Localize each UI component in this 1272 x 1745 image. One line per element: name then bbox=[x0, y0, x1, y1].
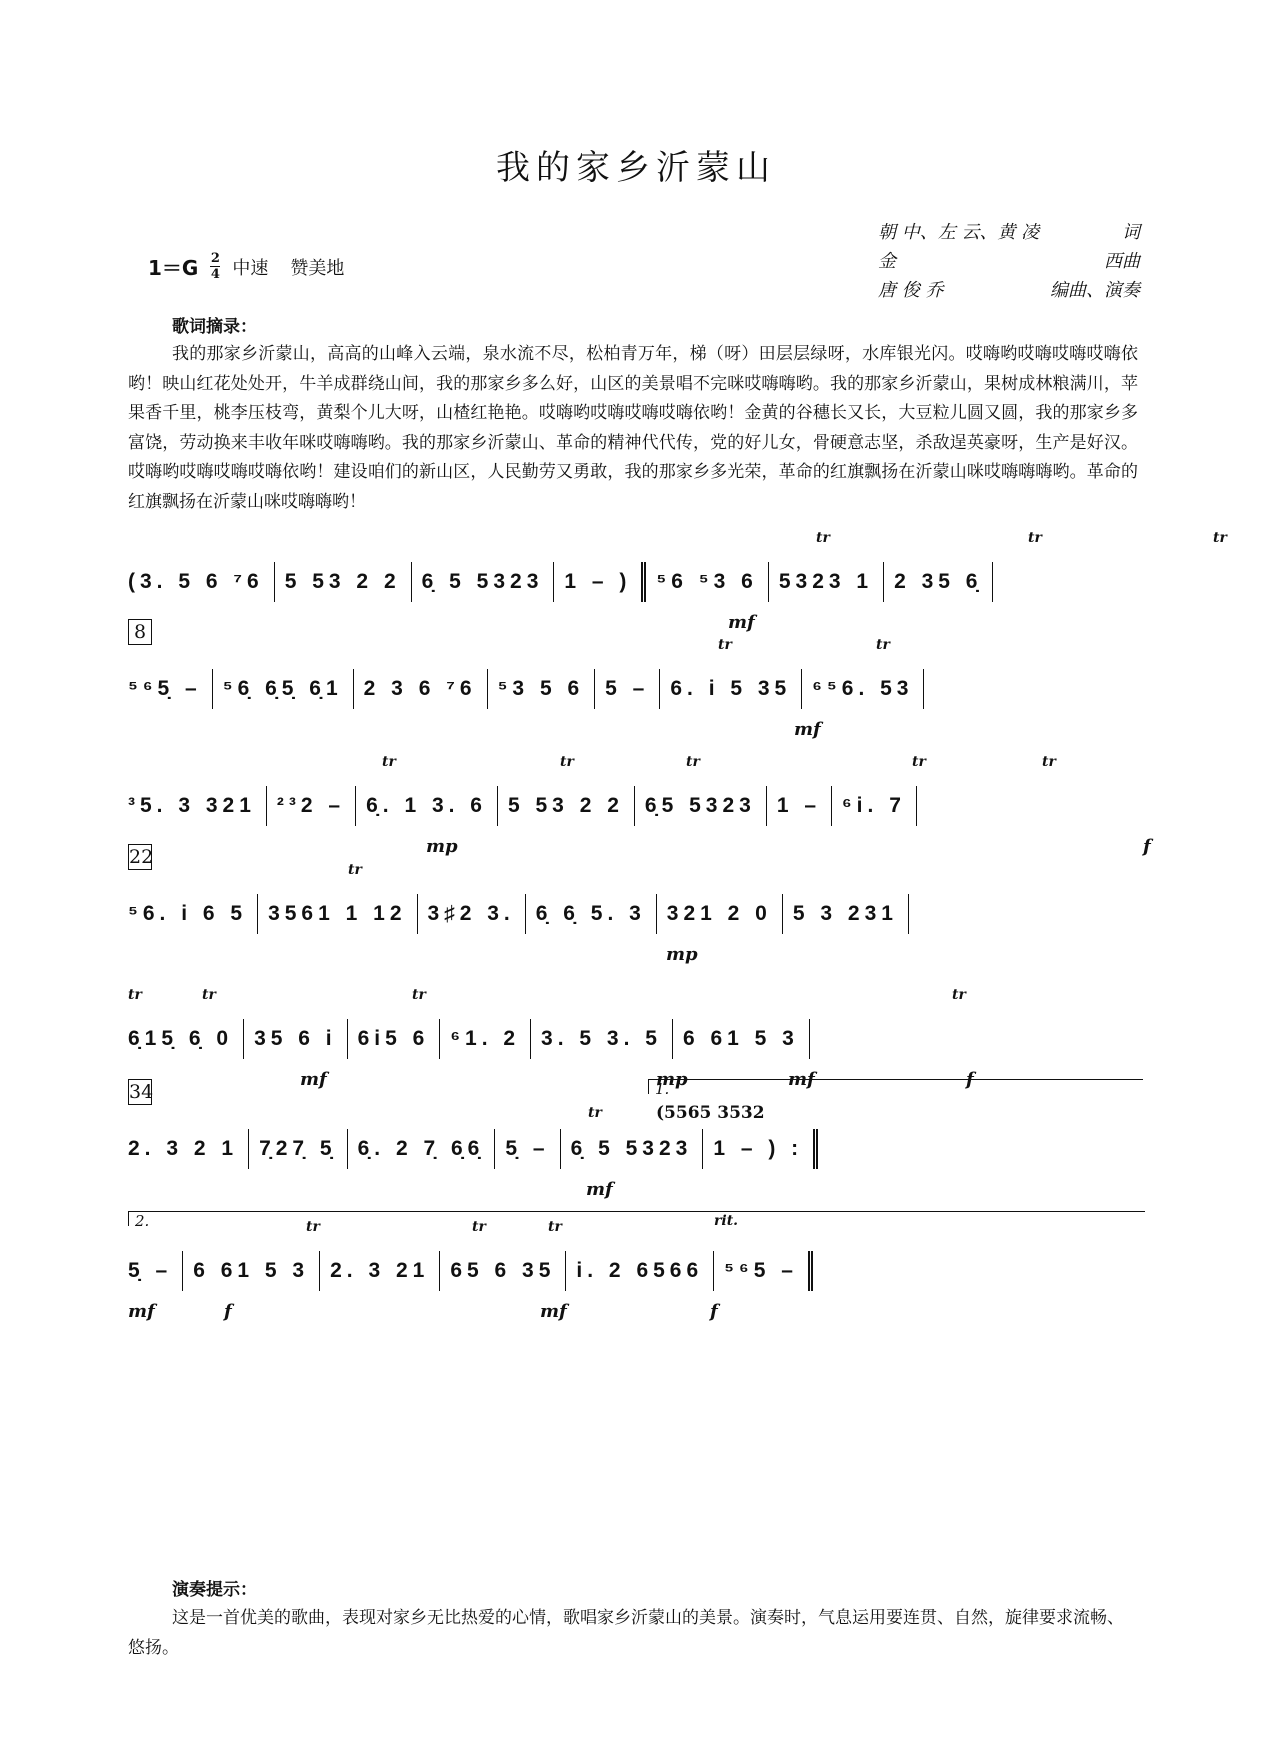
measure: 5̣ – bbox=[495, 1129, 560, 1169]
measure: 5 3 231 bbox=[783, 894, 909, 934]
credit-arranger: 唐 俊 乔编曲、演奏 bbox=[878, 276, 1140, 305]
trill-icon: tr bbox=[1028, 530, 1042, 546]
trill-icon: tr bbox=[202, 987, 216, 1003]
dynamic-marking: mf bbox=[794, 719, 821, 740]
measure: 6̣. 1 3. 6 bbox=[356, 786, 498, 826]
key-tempo-line: 1＝G 2 4 中速 赞美地 bbox=[148, 252, 344, 281]
measure: 321 2 0 bbox=[657, 894, 783, 934]
lyrics-heading: 歌词摘录： bbox=[172, 312, 257, 337]
measure: 2. 3 21 bbox=[320, 1251, 440, 1291]
lyrics-text: 我的那家乡沂蒙山，高高的山峰入云端，泉水流不尽，松柏青万年，梯（呀）田层层绿呀，… bbox=[128, 340, 1138, 517]
dynamic-marking: mf bbox=[128, 1301, 155, 1322]
trill-icon: tr bbox=[912, 754, 926, 770]
trill-icon: tr bbox=[588, 1105, 602, 1121]
measure-line: (3. 5 6 ⁷65 53 2 26̣ 5 53231 – )⁵6 ⁵3 65… bbox=[128, 562, 1140, 602]
measure: 5 53 2 2 bbox=[275, 562, 412, 602]
measure: 2. 3 2 1 bbox=[128, 1129, 249, 1169]
performance-notes-text: 这是一首优美的歌曲，表现对家乡无比热爱的心情，歌唱家乡沂蒙山的美景。演奏时，气息… bbox=[128, 1603, 1138, 1663]
volta-bracket-1: 1. bbox=[648, 1079, 1143, 1094]
performance-notes-heading: 演奏提示： bbox=[172, 1575, 257, 1600]
expression-marking: 赞美地 bbox=[290, 254, 344, 280]
measure: ⁵6̣ 6̣5̣ 6̣1 bbox=[213, 669, 354, 709]
measure: i. 2 6566 bbox=[566, 1251, 714, 1291]
measure-line: 5̣ –6 61 5 32. 3 2165 6 35i. 2 6566⁵⁶5 – bbox=[128, 1251, 1140, 1291]
score-row: ³5. 3 321²³2 –6̣. 1 3. 65 53 2 26̣5 5323… bbox=[128, 772, 1140, 832]
measure: 3. 5 3. 5 bbox=[531, 1019, 673, 1059]
trill-icon: tr bbox=[686, 754, 700, 770]
measure: 5 – bbox=[595, 669, 660, 709]
ritardando-marking: rit. bbox=[714, 1213, 738, 1229]
measure: 6̣5 5323 bbox=[635, 786, 767, 826]
measure: 1 – bbox=[767, 786, 832, 826]
credit-music: 金西曲 bbox=[878, 247, 1140, 276]
dynamic-marking: mf bbox=[540, 1301, 567, 1322]
measure: 3♯2 3. bbox=[418, 894, 526, 934]
measure: 6 61 5 3 bbox=[183, 1251, 320, 1291]
key-signature: 1＝G bbox=[148, 252, 198, 281]
trill-icon: tr bbox=[816, 530, 830, 546]
dynamic-marking: f bbox=[710, 1301, 718, 1322]
measure: 3561 1 12 bbox=[258, 894, 417, 934]
rehearsal-mark: 8 bbox=[128, 619, 152, 645]
trill-icon: tr bbox=[548, 1219, 562, 1235]
trill-icon: tr bbox=[306, 1219, 320, 1235]
measure: 6 61 5 3 bbox=[673, 1019, 810, 1059]
measure: ²³2 – bbox=[267, 786, 356, 826]
measure: 5 53 2 2 bbox=[498, 786, 635, 826]
measure: ⁵⁶5 – bbox=[714, 1251, 813, 1291]
score-row: 6̣15̣ 6̣ 035 6 i6i5 6⁶1. 23. 5 3. 56 61 … bbox=[128, 1005, 1140, 1065]
measure: ⁵3 5 6 bbox=[488, 669, 596, 709]
measure: 7̣27̣ 5̣ bbox=[249, 1129, 348, 1169]
measure: 6. i 5 35 bbox=[660, 669, 802, 709]
score-row: ⁵6. i 6 53561 1 123♯2 3.6̣ 6̣ 5. 3321 2 … bbox=[128, 880, 1140, 940]
measure: ⁶⁵6. 53 bbox=[802, 669, 924, 709]
volta-upper-line: (5565 3532 bbox=[656, 1103, 765, 1123]
trill-icon: tr bbox=[1042, 754, 1056, 770]
measure: 65 6 35 bbox=[440, 1251, 566, 1291]
measure: 6̣ 5 5323 bbox=[412, 562, 555, 602]
measure: ⁵6. i 6 5 bbox=[128, 894, 258, 934]
measure-line: ⁵⁶5̣ –⁵6̣ 6̣5̣ 6̣12 3 6 ⁷6⁵3 5 65 –6. i … bbox=[128, 669, 1140, 709]
dynamic-marking: mf bbox=[728, 612, 755, 633]
measure-line: 2. 3 2 17̣27̣ 5̣6̣. 2 7̣ 6̣6̣5̣ –6̣ 5 53… bbox=[128, 1129, 1140, 1169]
trill-icon: tr bbox=[1213, 530, 1227, 546]
measure: 1 – ) : bbox=[703, 1129, 818, 1169]
score-row: (3. 5 6 ⁷65 53 2 26̣ 5 53231 – )⁵6 ⁵3 65… bbox=[128, 548, 1140, 608]
dynamic-marking: mp bbox=[666, 944, 698, 965]
measure: 6̣ 5 5323 bbox=[561, 1129, 704, 1169]
measure: ⁵6 ⁵3 6 bbox=[646, 562, 768, 602]
trill-icon: tr bbox=[382, 754, 396, 770]
dynamic-marking: f bbox=[224, 1301, 232, 1322]
dynamic-marking: mp bbox=[426, 836, 458, 857]
trill-icon: tr bbox=[128, 987, 142, 1003]
trill-icon: tr bbox=[560, 754, 574, 770]
measure: 6̣ 6̣ 5. 3 bbox=[526, 894, 657, 934]
measure: ⁶i. 7 bbox=[832, 786, 917, 826]
credits: 朝 中、左 云、黄 凌词 金西曲 唐 俊 乔编曲、演奏 bbox=[878, 218, 1140, 305]
measure: ⁵⁶5̣ – bbox=[128, 669, 213, 709]
time-signature: 2 4 bbox=[210, 252, 220, 281]
trill-icon: tr bbox=[718, 637, 732, 653]
tempo-marking: 中速 bbox=[232, 254, 268, 280]
score-row: ⁵⁶5̣ –⁵6̣ 6̣5̣ 6̣12 3 6 ⁷6⁵3 5 65 –6. i … bbox=[128, 655, 1140, 715]
measure: 6̣15̣ 6̣ 0 bbox=[128, 1019, 244, 1059]
trill-icon: tr bbox=[412, 987, 426, 1003]
measure: 5̣ – bbox=[128, 1251, 183, 1291]
song-title: 我的家乡沂蒙山 bbox=[0, 140, 1272, 189]
measure: 2 35 6̣ bbox=[884, 562, 993, 602]
measure-line: 6̣15̣ 6̣ 035 6 i6i5 6⁶1. 23. 5 3. 56 61 … bbox=[128, 1019, 1140, 1059]
volta-bracket-2: 2. bbox=[128, 1211, 1145, 1226]
measure: ⁶1. 2 bbox=[440, 1019, 531, 1059]
measure: (3. 5 6 ⁷6 bbox=[128, 562, 275, 602]
trill-icon: tr bbox=[876, 637, 890, 653]
measure-line: ⁵6. i 6 53561 1 123♯2 3.6̣ 6̣ 5. 3321 2 … bbox=[128, 894, 1140, 934]
measure: 1 – ) bbox=[554, 562, 646, 602]
trill-icon: tr bbox=[952, 987, 966, 1003]
rehearsal-mark: 34 bbox=[128, 1079, 152, 1105]
measure: 2 3 6 ⁷6 bbox=[354, 669, 488, 709]
measure: 6̣. 2 7̣ 6̣6̣ bbox=[348, 1129, 496, 1169]
measure-line: ³5. 3 321²³2 –6̣. 1 3. 65 53 2 26̣5 5323… bbox=[128, 786, 1140, 826]
dynamic-marking: f bbox=[1143, 836, 1151, 857]
credit-lyrics: 朝 中、左 云、黄 凌词 bbox=[878, 218, 1140, 247]
score-row: 2.5̣ –6 61 5 32. 3 2165 6 35i. 2 6566⁵⁶5… bbox=[128, 1237, 1140, 1297]
measure: 5323 1 bbox=[769, 562, 884, 602]
trill-icon: tr bbox=[348, 862, 362, 878]
dynamic-marking: mf bbox=[300, 1069, 327, 1090]
measure: 6i5 6 bbox=[348, 1019, 441, 1059]
measure: 35 6 i bbox=[244, 1019, 348, 1059]
trill-icon: tr bbox=[472, 1219, 486, 1235]
measure: ³5. 3 321 bbox=[128, 786, 267, 826]
dynamic-marking: mf bbox=[586, 1179, 613, 1200]
rehearsal-mark: 22 bbox=[128, 844, 152, 870]
score-row: 1.(5565 35322. 3 2 17̣27̣ 5̣6̣. 2 7̣ 6̣6… bbox=[128, 1115, 1140, 1175]
